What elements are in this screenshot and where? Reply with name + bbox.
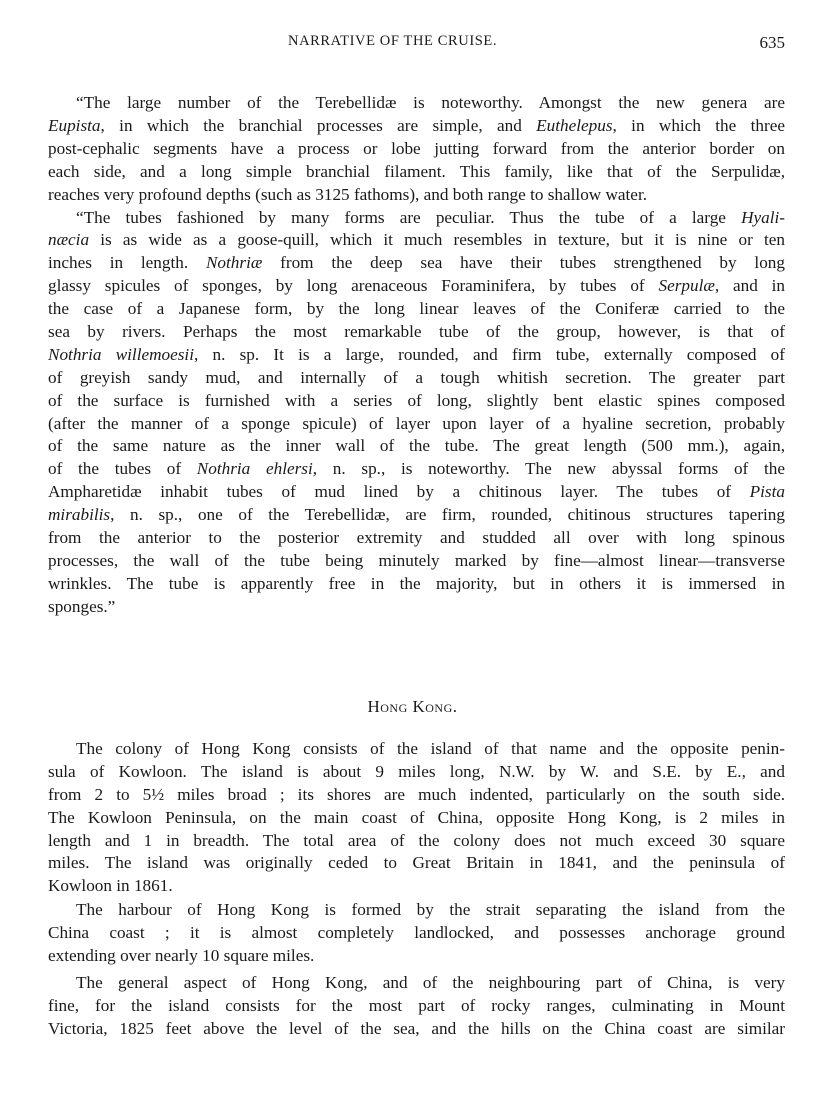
running-head-title: NARRATIVE OF THE CRUISE. [288, 33, 497, 50]
species-name: mirabilis [48, 505, 110, 524]
genus-name: Euthelepus [536, 116, 612, 135]
text-line: mirabilis, n. sp., one of the Terebellid… [48, 504, 785, 527]
text-line: extending over nearly 10 square miles. [48, 945, 785, 968]
text-line: Ampharetidæ inhabit tubes of mud lined b… [48, 481, 785, 504]
text-line: each side, and a long simple branchial f… [48, 161, 785, 184]
text-line: (after the manner of a sponge spicule) o… [48, 413, 785, 436]
text-line: China coast ; it is almost completely la… [48, 922, 785, 945]
section-heading-hong-kong: Hong Kong. [0, 697, 825, 717]
text-line: “The tubes fashioned by many forms are p… [48, 207, 785, 230]
text-line: The general aspect of Hong Kong, and of … [48, 972, 785, 995]
text-line: of the same nature as the inner wall of … [48, 435, 785, 458]
text-line: length and 1 in breadth. The total area … [48, 830, 785, 853]
genus-name: Pista [750, 482, 785, 501]
text-line: of the tubes of Nothria ehlersi, n. sp.,… [48, 458, 785, 481]
text-line: Victoria, 1825 feet above the level of t… [48, 1018, 785, 1041]
text-line: reaches very profound depths (such as 31… [48, 184, 785, 207]
text-line: Kowloon in 1861. [48, 875, 785, 898]
text-line: Nothria willemoesii, n. sp. It is a larg… [48, 344, 785, 367]
book-page: NARRATIVE OF THE CRUISE. 635 “The large … [0, 0, 825, 1100]
text-line: from the anterior to the posterior extre… [48, 527, 785, 550]
text-line: of the surface is furnished with a serie… [48, 390, 785, 413]
text-line: sula of Kowloon. The island is about 9 m… [48, 761, 785, 784]
text-line: fine, for the island consists for the mo… [48, 995, 785, 1018]
text-line: of greyish sandy mud, and internally of … [48, 367, 785, 390]
text-line: sponges.” [48, 596, 785, 619]
text-line: processes, the wall of the tube being mi… [48, 550, 785, 573]
quote-paragraph-tubes: “The tubes fashioned by many forms are p… [48, 207, 785, 619]
text-line: The harbour of Hong Kong is formed by th… [48, 899, 785, 922]
page-number: 635 [760, 33, 786, 53]
genus-name: Serpulæ [658, 276, 714, 295]
text-line: wrinkles. The tube is apparently free in… [48, 573, 785, 596]
paragraph-harbour: The harbour of Hong Kong is formed by th… [48, 899, 785, 968]
text-line: miles. The island was originally ceded t… [48, 852, 785, 875]
genus-name: næcia [48, 230, 89, 249]
text-line: inches in length. Nothriæ from the deep … [48, 252, 785, 275]
paragraph-general-aspect: The general aspect of Hong Kong, and of … [48, 972, 785, 1041]
text-line: næcia is as wide as a goose-quill, which… [48, 229, 785, 252]
paragraph-colony: The colony of Hong Kong consists of the … [48, 738, 785, 898]
running-head: NARRATIVE OF THE CRUISE. 635 [48, 33, 785, 57]
text-line: “The large number of the Terebellidæ is … [48, 92, 785, 115]
species-name: Nothria willemoesii [48, 345, 194, 364]
text-line: from 2 to 5½ miles broad ; its shores ar… [48, 784, 785, 807]
species-name: Nothria ehlersi [197, 459, 313, 478]
quote-paragraph-terebellidae: “The large number of the Terebellidæ is … [48, 92, 785, 206]
text-line: The colony of Hong Kong consists of the … [48, 738, 785, 761]
genus-name: Hyali- [741, 208, 785, 227]
text-line: Eupista, in which the branchial processe… [48, 115, 785, 138]
text-line: sea by rivers. Perhaps the most remarkab… [48, 321, 785, 344]
text-line: glassy spicules of sponges, by long aren… [48, 275, 785, 298]
text-line: The Kowloon Peninsula, on the main coast… [48, 807, 785, 830]
text-line: post-cephalic segments have a process or… [48, 138, 785, 161]
genus-name: Eupista [48, 116, 101, 135]
genus-name: Nothriæ [206, 253, 262, 272]
text-line: the case of a Japanese form, by the long… [48, 298, 785, 321]
